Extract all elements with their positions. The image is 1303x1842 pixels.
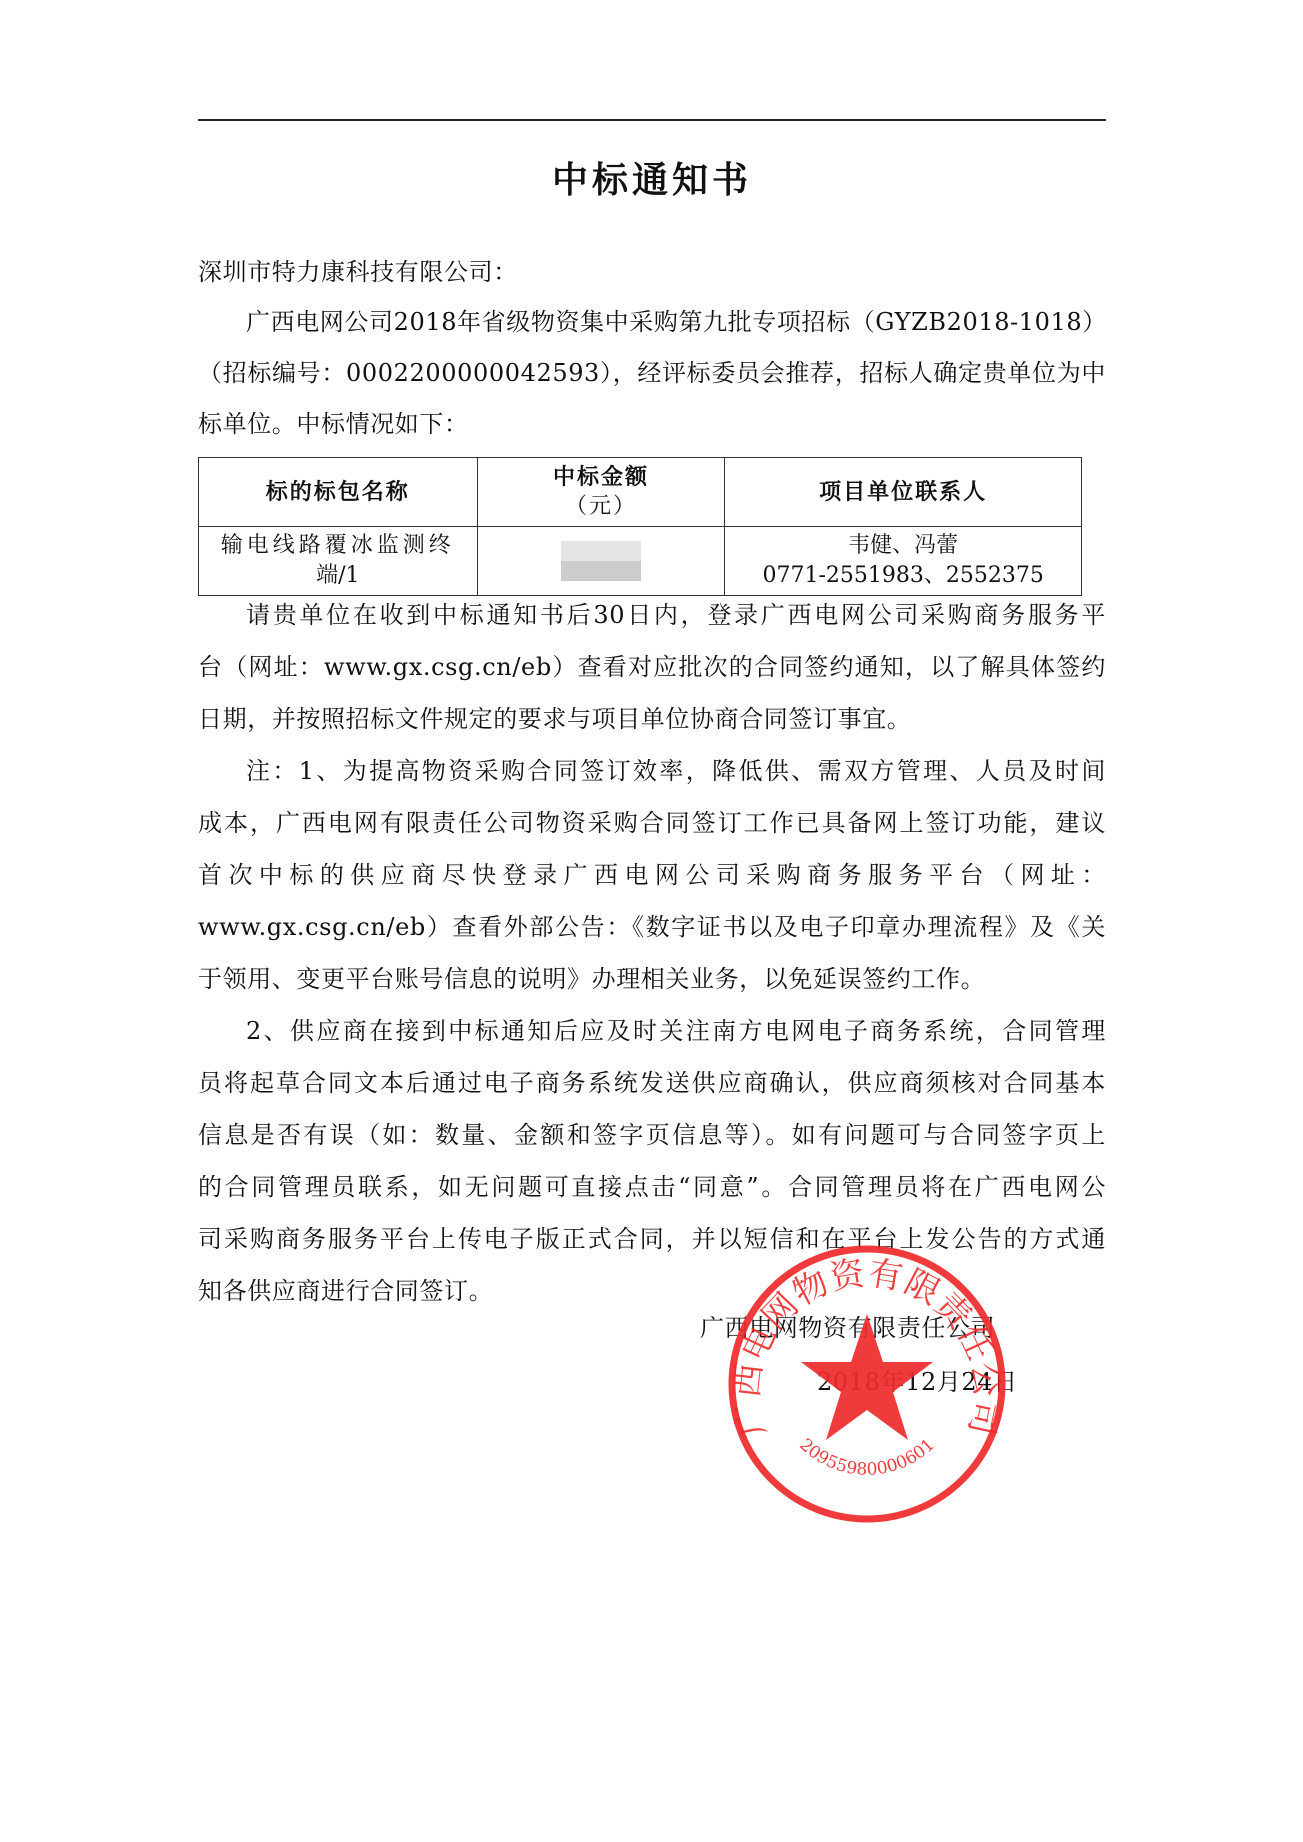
package-line2: 端/1 — [205, 561, 471, 591]
addressee: 深圳市特力康科技有限公司： — [198, 257, 1106, 287]
header-rule — [198, 119, 1106, 121]
table-row: 输电线路覆冰监测终 端/1 韦健、冯蕾 0771-2551983、2552375 — [199, 527, 1082, 596]
body-line-6: 首次中标的供应商尽快登录广西电网公司采购商务服务平台（网址： — [198, 860, 1106, 890]
body-line-3: 日期，并按照招标文件规定的要求与项目单位协商合同签订事宜。 — [198, 704, 1106, 734]
intro-line-2: （招标编号：0002200000042593），经评标委员会推荐，招标人确定贵单… — [198, 358, 1106, 388]
cell-amount — [477, 527, 725, 596]
contact-phones: 0771-2551983、2552375 — [731, 561, 1075, 591]
body-line-10: 员将起草合同文本后通过电子商务系统发送供应商确认，供应商须核对合同基本 — [198, 1068, 1106, 1098]
body-line-2: 台（网址：www.gx.csg.cn/eb）查看对应批次的合同签约通知，以了解具… — [198, 652, 1106, 682]
body-line-9: 2、供应商在接到中标通知后应及时关注南方电网电子商务系统，合同管理 — [198, 1016, 1106, 1046]
body-line-5: 成本，广西电网有限责任公司物资采购合同签订工作已具备网上签订功能，建议 — [198, 808, 1106, 838]
header-amount-line1: 中标金额 — [484, 462, 719, 492]
bid-result-table: 标的标包名称 中标金额 （元） 项目单位联系人 输电线路覆冰监测终 端/1 韦健… — [198, 457, 1082, 596]
signature-company: 广西电网物资有限责任公司 — [700, 1313, 995, 1343]
body-line-14: 知各供应商进行合同签订。 — [198, 1276, 1106, 1306]
body-line-8: 于领用、变更平台账号信息的说明》办理相关业务，以免延误签约工作。 — [198, 964, 1106, 994]
body-line-4: 注：1、为提高物资采购合同签订效率，降低供、需双方管理、人员及时间 — [198, 756, 1106, 786]
cell-contact: 韦健、冯蕾 0771-2551983、2552375 — [725, 527, 1082, 596]
body-line-12: 的合同管理员联系，如无问题可直接点击“同意”。合同管理员将在广西电网公 — [198, 1172, 1106, 1202]
body-line-7: www.gx.csg.cn/eb）查看外部公告：《数字证书以及电子印章办理流程》… — [198, 912, 1106, 942]
redacted-amount — [561, 541, 641, 581]
document-page: 中标通知书 深圳市特力康科技有限公司： 广西电网公司2018年省级物资集中采购第… — [0, 0, 1303, 1842]
header-amount: 中标金额 （元） — [477, 458, 725, 527]
signature-date: 2018年12月24日 — [817, 1367, 1018, 1397]
cell-package-name: 输电线路覆冰监测终 端/1 — [199, 527, 478, 596]
package-line1: 输电线路覆冰监测终 — [205, 531, 471, 561]
body-line-1: 请贵单位在收到中标通知书后30日内，登录广西电网公司采购商务服务平 — [198, 600, 1106, 630]
table-header-row: 标的标包名称 中标金额 （元） 项目单位联系人 — [199, 458, 1082, 527]
intro-line-1: 广西电网公司2018年省级物资集中采购第九批专项招标（GYZB2018-1018… — [198, 307, 1106, 337]
header-amount-line2: （元） — [484, 492, 719, 522]
header-contact: 项目单位联系人 — [725, 458, 1082, 527]
contact-names: 韦健、冯蕾 — [731, 531, 1075, 561]
body-line-11: 信息是否有误（如：数量、金额和签字页信息等）。如有问题可与合同签字页上 — [198, 1120, 1106, 1150]
intro-line-3: 标单位。中标情况如下： — [198, 409, 1106, 439]
header-package-name: 标的标包名称 — [199, 458, 478, 527]
body-line-13: 司采购商务服务平台上传电子版正式合同，并以短信和在平台上发公告的方式通 — [198, 1224, 1106, 1254]
page-title: 中标通知书 — [198, 158, 1106, 202]
